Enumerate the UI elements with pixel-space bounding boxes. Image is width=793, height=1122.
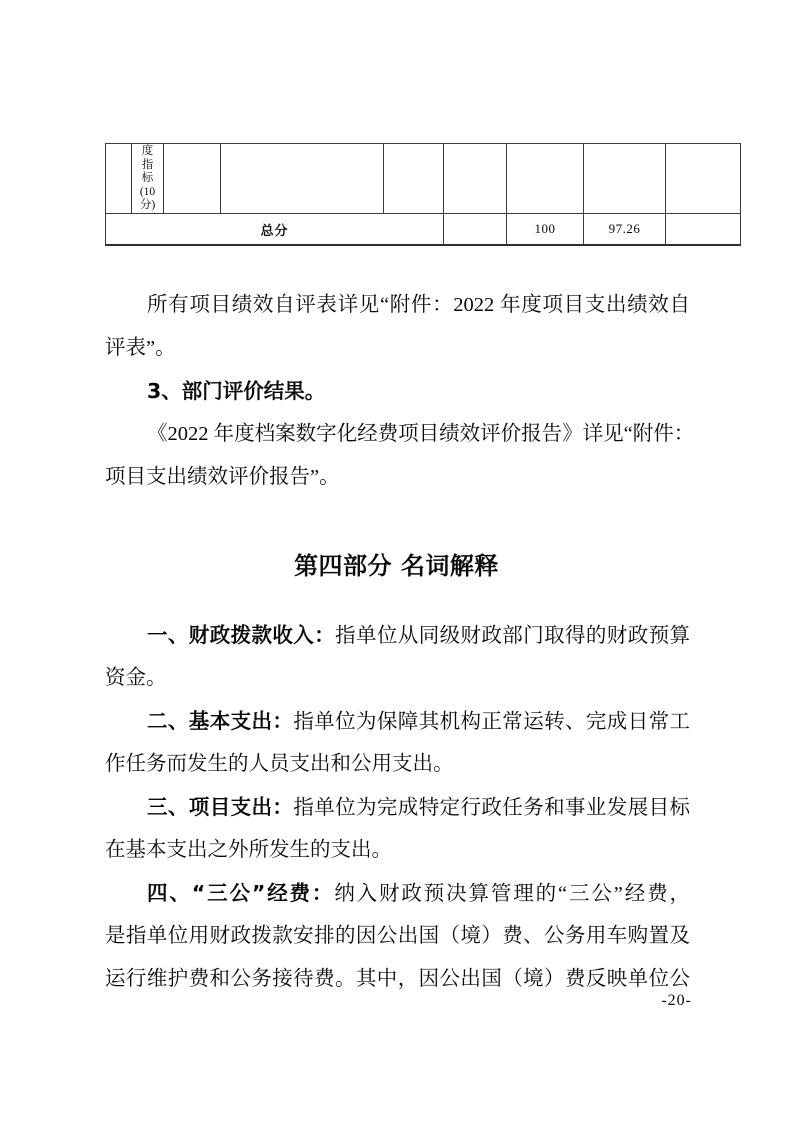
definition-three-public-funds-line-2: 是指单位用财政拨款安排的因公出国（境）费、公务用车购置及 <box>105 915 690 958</box>
definition-three-public-funds-line-1: 四、“三公”经费：纳入财政预决算管理的“三公”经费， <box>105 872 690 915</box>
indicator-char: 分) <box>132 199 163 213</box>
empty-cell <box>444 213 507 245</box>
definition-three-public-funds-line-3: 运行维护费和公务接待费。其中，因公出国（境）费反映单位公 <box>105 958 690 1001</box>
total-actual-score-value: 97.26 <box>584 213 666 245</box>
indicator-continuation-row: 度 指 标 (10 分) <box>106 144 741 214</box>
empty-cell <box>221 144 384 214</box>
definition-fiscal-appropriation-line-2: 资金。 <box>105 657 690 700</box>
dept-eval-result-heading: 3、部门评价结果。 <box>105 370 690 413</box>
total-score-row: 总分 100 97.26 <box>106 213 741 245</box>
definition-text: 指单位为保障其机构正常运转、完成日常工 <box>293 711 690 733</box>
empty-cell <box>666 213 741 245</box>
empty-cell <box>584 144 666 214</box>
indicator-char: 指 <box>132 159 163 173</box>
definition-fiscal-appropriation-line-1: 一、财政拨款收入：指单位从同级财政部门取得的财政预算 <box>105 614 690 657</box>
definition-text: 指单位为完成特定行政任务和事业发展目标 <box>293 797 690 819</box>
indicator-char: (10 <box>132 186 163 200</box>
definition-basic-expenditure-line-1: 二、基本支出：指单位为保障其机构正常运转、完成日常工 <box>105 700 690 743</box>
definition-term: 一、财政拨款收入： <box>147 623 335 647</box>
definition-term: 三、项目支出： <box>147 795 293 819</box>
indicator-header-text: 度 指 标 (10 分) <box>132 144 163 213</box>
body-paragraphs: 所有项目绩效自评表详见“附件：2022 年度项目支出绩效自 评表”。 3、部门评… <box>105 284 690 499</box>
empty-cell <box>384 144 444 214</box>
definition-project-expenditure-line-2: 在基本支出之外所发生的支出。 <box>105 829 690 872</box>
report-paragraph-line-2: 项目支出绩效评价报告”。 <box>105 456 690 499</box>
indicator-header-cell: 度 指 标 (10 分) <box>132 144 164 214</box>
total-score-label: 总分 <box>106 213 444 245</box>
total-max-score-value: 100 <box>507 213 584 245</box>
section-heading: 第四部分 名词解释 <box>0 544 793 589</box>
self-eval-paragraph-line-2: 评表”。 <box>105 327 690 370</box>
definition-term: 四、“三公”经费： <box>147 881 334 905</box>
indicator-char: 标 <box>132 172 163 186</box>
definition-text: 纳入财政预决算管理的“三公”经费， <box>334 883 690 905</box>
empty-cell <box>507 144 584 214</box>
indicator-char: 度 <box>132 145 163 159</box>
definition-term: 二、基本支出： <box>147 709 293 733</box>
empty-cell <box>666 144 741 214</box>
page-number: -20- <box>661 992 692 1010</box>
document-page: 度 指 标 (10 分) 总分 100 97.26 所有项目绩效自评 <box>0 0 793 1122</box>
empty-cell <box>444 144 507 214</box>
self-eval-paragraph-line-1: 所有项目绩效自评表详见“附件：2022 年度项目支出绩效自 <box>105 284 690 327</box>
performance-score-table: 度 指 标 (10 分) 总分 100 97.26 <box>105 143 741 246</box>
report-paragraph-line-1: 《2022 年度档案数字化经费项目绩效评价报告》详见“附件： <box>105 413 690 456</box>
definitions-block: 一、财政拨款收入：指单位从同级财政部门取得的财政预算 资金。 二、基本支出：指单… <box>105 614 690 1001</box>
definition-text: 指单位从同级财政部门取得的财政预算 <box>335 625 690 647</box>
definition-basic-expenditure-line-2: 作任务而发生的人员支出和公用支出。 <box>105 743 690 786</box>
definition-project-expenditure-line-1: 三、项目支出：指单位为完成特定行政任务和事业发展目标 <box>105 786 690 829</box>
empty-cell <box>164 144 221 214</box>
empty-cell <box>106 144 132 214</box>
